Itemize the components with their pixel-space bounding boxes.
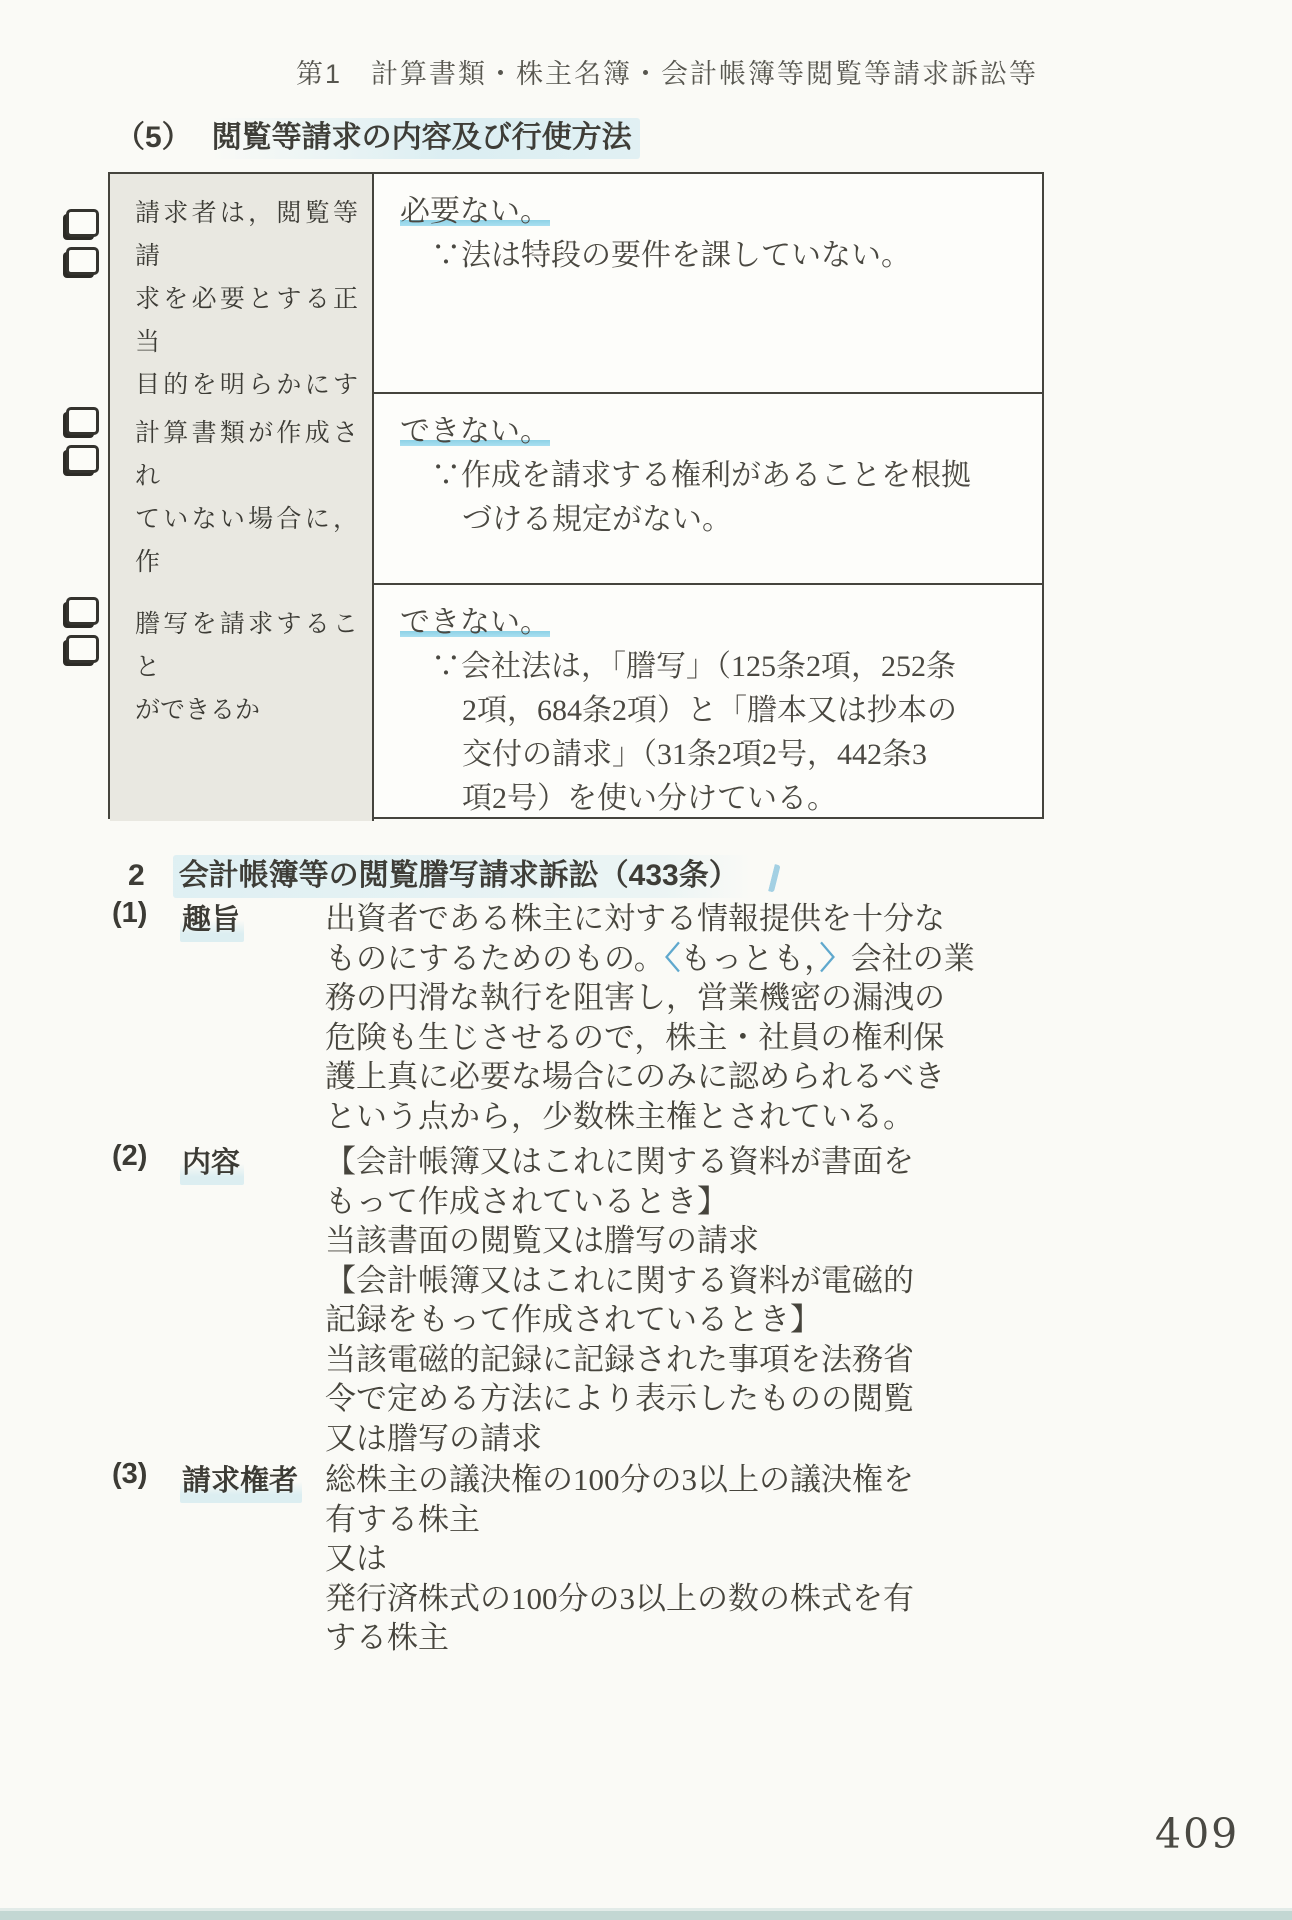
item-body: 【会計帳簿又はこれに関する資料が書面を もって作成されているとき】 当該書面の閲… [325,1142,1055,1458]
item-body: 総株主の議決権の100分の3以上の議決権を 有する株主 又は 発行済株式の100… [325,1460,1055,1658]
table-row: 謄写を請求すること ができるか できない。 ∵会社法は，「謄写」（125条2項，… [110,585,1042,817]
section2-heading: 2会計帳簿等の閲覧謄写請求訴訟（433条） [128,850,779,894]
margin-checkbox-icon [66,407,99,435]
margin-checkbox-icon [66,209,99,237]
scanned-book-page: 第1 計算書類・株主名簿・会計帳簿等閲覧等請求訴訟等 （5）閲覧等請求の内容及び… [0,0,1292,1920]
body-marked-text: もっとも， [680,941,820,976]
answer-cell: できない。 ∵会社法は，「謄写」（125条2項，252条 2項，684条2項）と… [374,585,1042,821]
item-label: 内容 [180,1140,244,1185]
answer-text: できない。 [400,415,550,448]
section5-heading: （5）閲覧等請求の内容及び行使方法 [115,112,640,156]
qa-table: 請求者は，閲覧等請 求を必要とする正当 目的を明らかにする 必要があるか 必要な… [108,172,1044,819]
margin-checkbox-icon [66,597,99,625]
item-label: 趣旨 [180,897,244,942]
margin-checkbox-icon [66,445,99,473]
section5-title: 閲覧等請求の内容及び行使方法 [210,118,640,159]
pen-tick-icon [756,861,780,893]
margin-checkbox-icon [66,247,99,275]
pen-bracket-open-icon: 〈 [665,941,681,976]
section5-number: （5） [115,121,192,154]
item-number: (1) [112,897,147,930]
item-number: (3) [112,1458,147,1491]
page-number: 409 [1155,1810,1235,1858]
reason-text: ∵法は特段の要件を課していない。 [400,234,1026,278]
pen-bracket-close-icon: 〉 [820,941,851,976]
answer-text: できない。 [400,606,550,639]
table-row: 計算書類が作成され ていない場合に，作 成して閲覧等させる ことを請求できるか … [110,394,1042,585]
item-body: 出資者である株主に対する情報提供を十分な ものにするためのもの。〈もっとも，〉会… [325,899,1055,1136]
running-header: 第1 計算書類・株主名簿・会計帳簿等閲覧等請求訴訟等 [0,52,1038,91]
section2-title: 会計帳簿等の閲覧謄写請求訴訟（433条） [173,855,751,898]
reason-text: ∵作成を請求する権利があることを根拠 づける規定がない。 [400,454,1026,542]
answer-text: 必要ない。 [400,195,550,228]
question-cell: 謄写を請求すること ができるか [110,585,374,821]
margin-checkbox-icon [66,635,99,663]
scan-edge [0,1911,1292,1920]
table-row: 請求者は，閲覧等請 求を必要とする正当 目的を明らかにする 必要があるか 必要な… [110,174,1042,394]
item-number: (2) [112,1140,147,1173]
section2-number: 2 [128,859,145,892]
reason-text: ∵会社法は，「謄写」（125条2項，252条 2項，684条2項）と「謄本又は抄… [400,645,1026,821]
item-label: 請求権者 [180,1458,302,1503]
